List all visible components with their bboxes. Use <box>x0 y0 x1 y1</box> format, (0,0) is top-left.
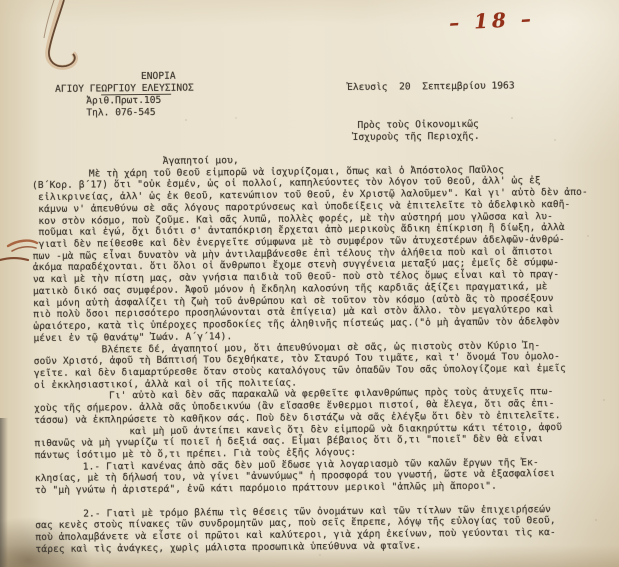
protocol-number: Ἀριθ.Πρωτ.105 <box>86 95 161 107</box>
parish-header-line1: ΕΝΟΡΙΑ <box>141 71 176 82</box>
scanned-letter-page: { "annotations": { "page_number": "– 18 … <box>0 0 619 567</box>
parish-name-pre: ΑΓΙΟΥ ΓΕ <box>55 83 101 94</box>
letter-body: Ἀγαπητοί μου, Μὲ τὴ χάρη τοῦ Θεοῦ εἰμπορ… <box>32 152 608 556</box>
corner-crease-mark <box>0 0 120 90</box>
dateline: Ἐλευσὶς 20 Σεπτεμβρίου 1963 <box>347 80 515 93</box>
phone-number: Τηλ. 076-545 <box>86 107 155 119</box>
parish-name-underlined: ΩΡΓΙΟΥ ΕΛΕΥΣ <box>101 83 170 96</box>
page-number-annotation: – 18 – <box>448 5 559 35</box>
parish-name-post: ΙΝΟΣ <box>171 83 194 94</box>
recipient-line1: Πρὸς τοὺς Οἰκονομικῶς <box>357 119 478 131</box>
parish-header-line2: ΑΓΙΟΥ ΓΕΩΡΓΙΟΥ ΕΛΕΥΣΙΝΟΣ <box>55 83 194 95</box>
scan-edge-shadow <box>0 418 8 567</box>
recipient-line2: Ἰσχυροὺς τῆς Περιοχῆς. <box>353 131 480 143</box>
